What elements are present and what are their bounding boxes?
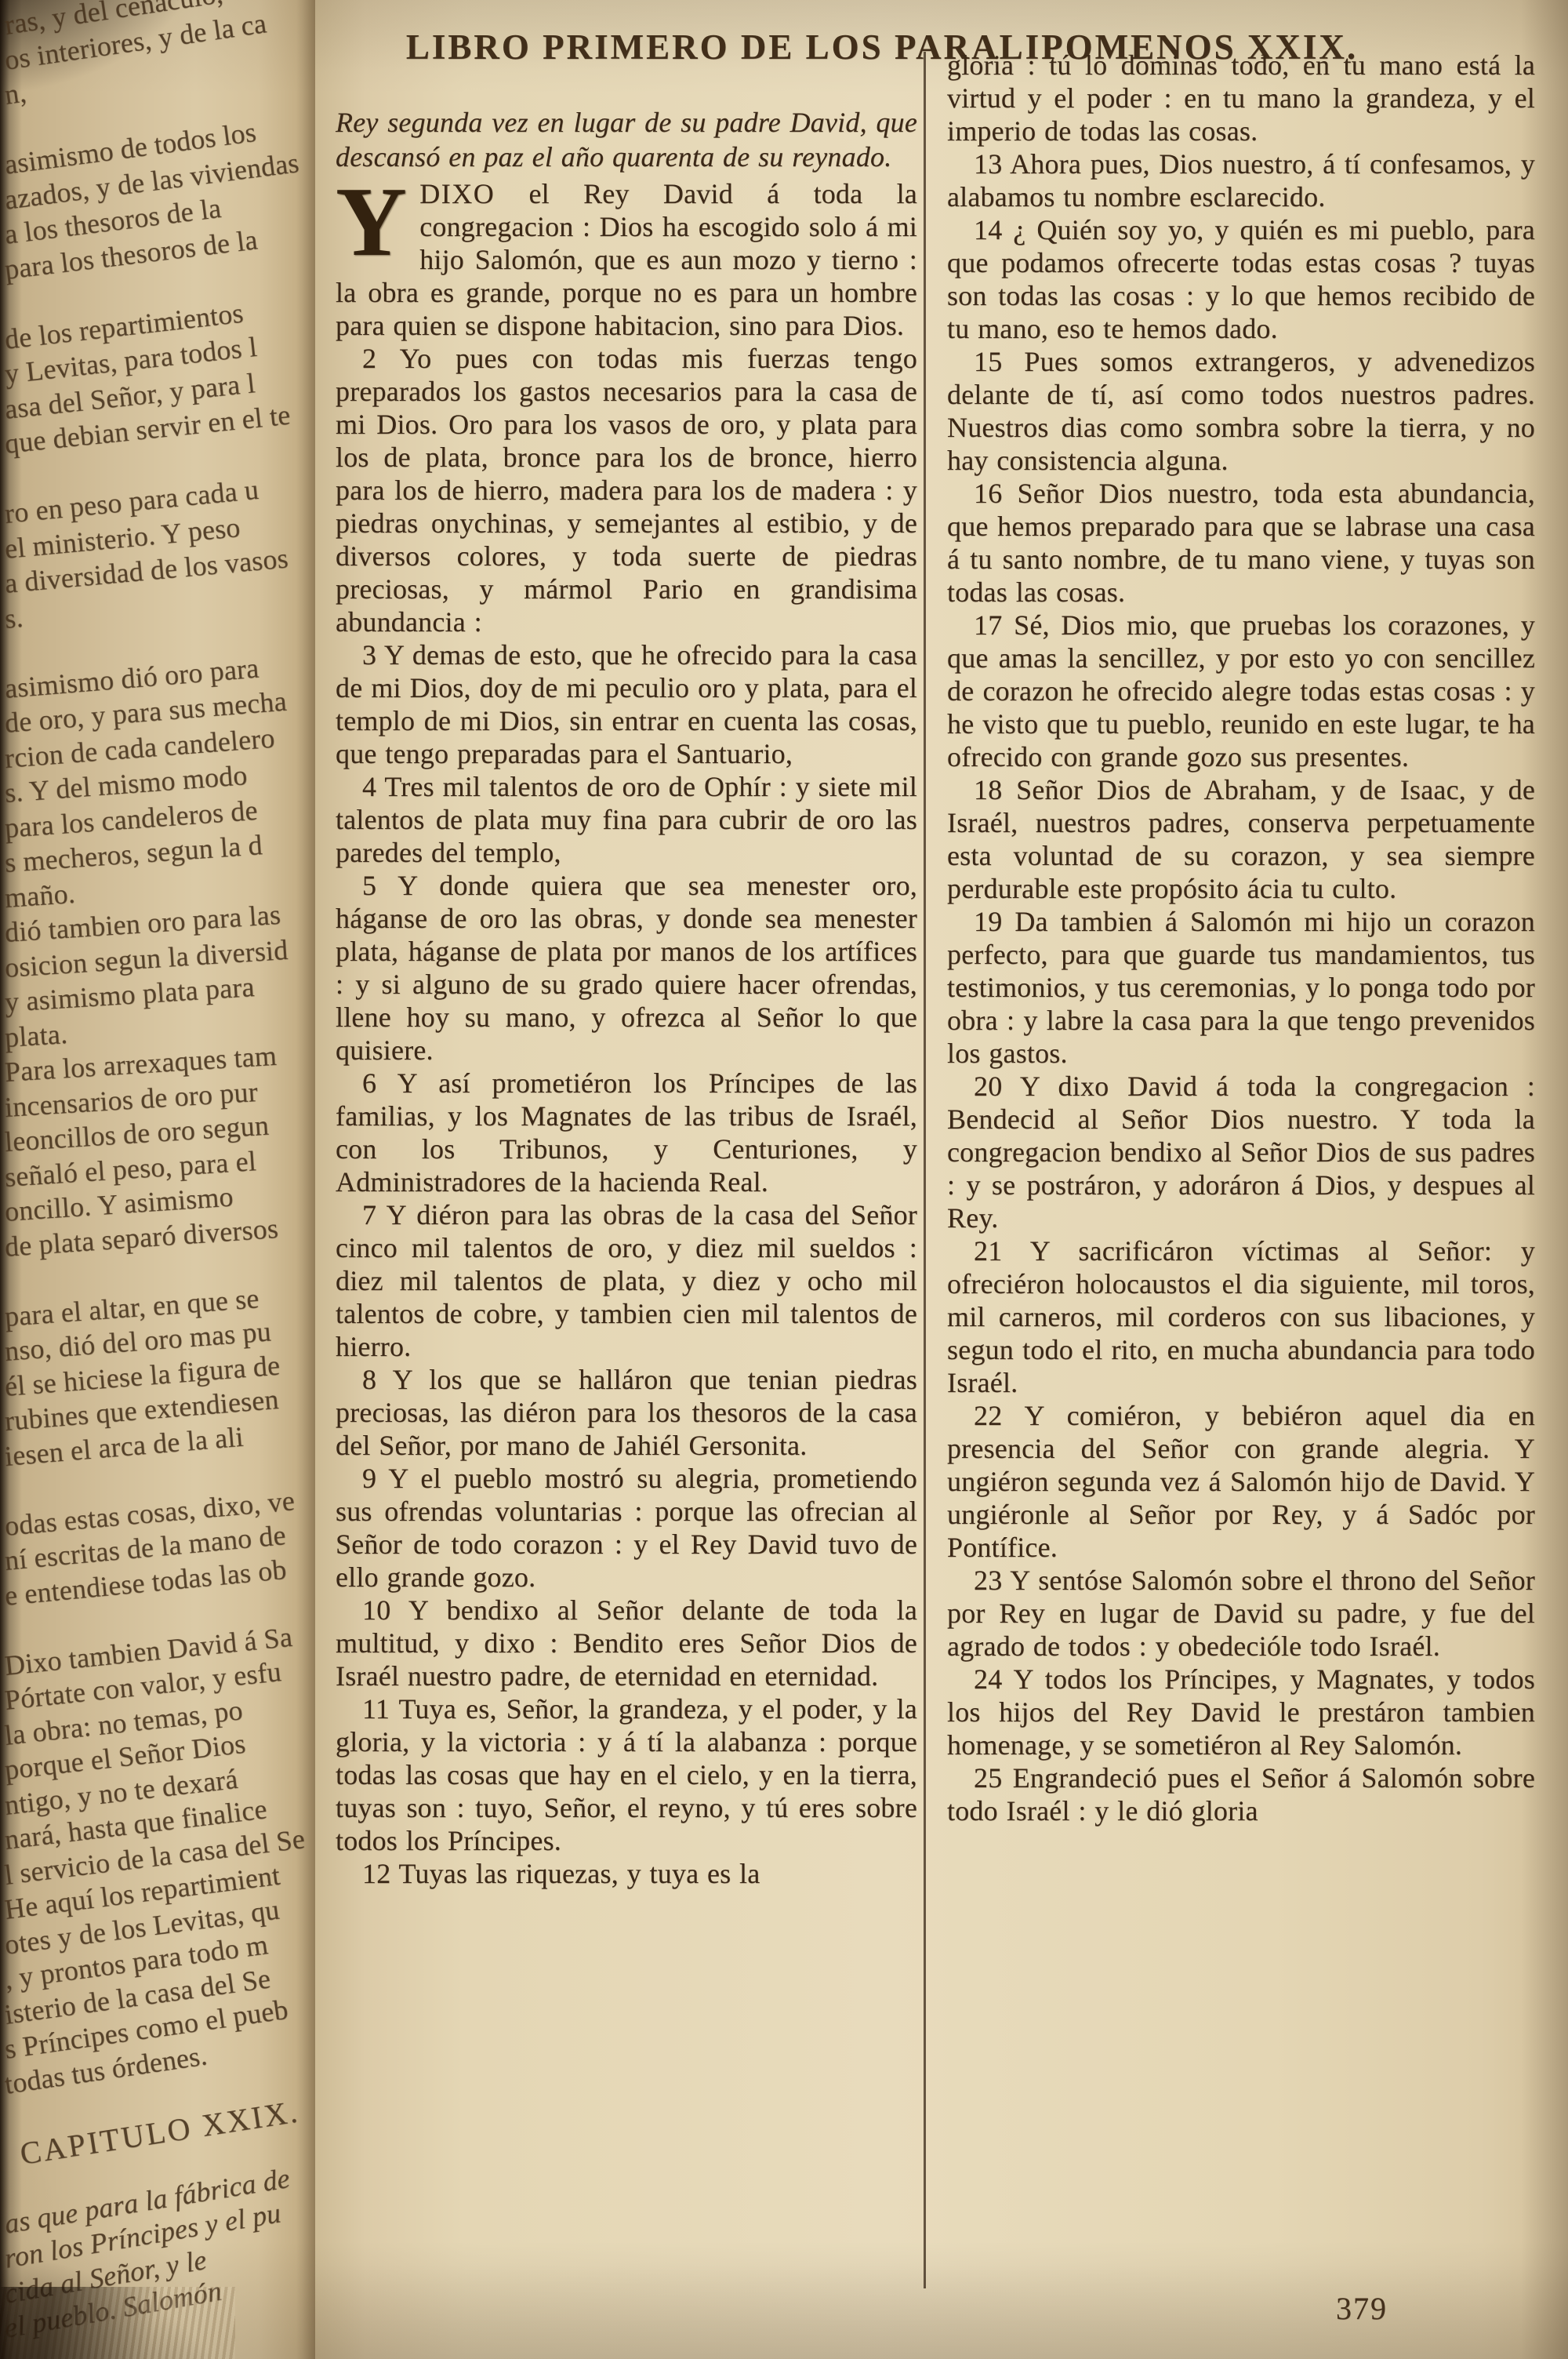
previous-page-edge: ras, y del cenáculo,os interiores, y de … [0,0,315,2359]
verse: 19 Da tambien á Salomón mi hijo un coraz… [947,905,1535,1070]
verse: 14 ¿ Quién soy yo, y quién es mi pueblo,… [947,213,1535,345]
verse: 6 Y así prometiéron los Príncipes de las… [336,1067,917,1198]
verse: 22 Y comiéron, y bebiéron aquel dia en p… [947,1399,1535,1564]
verse: 16 Señor Dios nuestro, toda esta abundan… [947,477,1535,609]
verse: 17 Sé, Dios mio, que pruebas los corazon… [947,609,1535,773]
verse: 23 Y sentóse Salomón sobre el throno del… [947,1564,1535,1663]
chapter-argument: Rey segunda vez en lugar de su padre Dav… [336,105,917,174]
verse: 25 Engrandeció pues el Señor á Salomón s… [947,1761,1535,1827]
text-column-right: gloria : tú lo dominas todo, en tu mano … [947,49,1535,1827]
page-number: 379 [1336,2290,1388,2327]
verse: 12 Tuyas las riquezas, y tuya es la [336,1857,917,1890]
verse: 18 Señor Dios de Abraham, y de Isaac, y … [947,773,1535,905]
verse: 13 Ahora pues, Dios nuestro, á tí confes… [947,147,1535,213]
book-page-scan: ras, y del cenáculo,os interiores, y de … [0,0,1568,2359]
verse: YDIXO el Rey David á toda la congregacio… [336,177,917,342]
column-divider [924,52,926,2288]
verse: 11 Tuya es, Señor, la grandeza, y el pod… [336,1692,917,1857]
verse: 8 Y los que se halláron que tenian piedr… [336,1363,917,1462]
verse: gloria : tú lo dominas todo, en tu mano … [947,49,1535,147]
verse: 24 Y todos los Príncipes, y Magnates, y … [947,1663,1535,1761]
verse: 10 Y bendixo al Señor delante de toda la… [336,1594,917,1692]
verse: 4 Tres mil talentos de oro de Ophír : y … [336,770,917,869]
verse: 7 Y diéron para las obras de la casa del… [336,1198,917,1363]
current-page: LIBRO PRIMERO DE LOS PARALIPOMENOS XXIX.… [315,0,1568,2359]
text-column-left: Rey segunda vez en lugar de su padre Dav… [336,105,917,1890]
verse-lead: DIXO [419,178,495,209]
verse: 9 Y el pueblo mostró su alegria, prometi… [336,1462,917,1594]
drop-cap: Y [336,185,407,260]
verse: 5 Y donde quiera que sea menester oro, h… [336,869,917,1067]
verse: 2 Yo pues con todas mis fuerzas tengo pr… [336,342,917,638]
verse: 20 Y dixo David á toda la congregacion :… [947,1070,1535,1234]
verse: 3 Y demas de esto, que he ofrecido para … [336,638,917,770]
verse: 21 Y sacrificáron víctimas al Señor: y o… [947,1234,1535,1399]
previous-page-text-fragment: CAPITULO XXIX. [18,2091,315,2169]
verse: 15 Pues somos extrangeros, y advenedizos… [947,345,1535,477]
verses-left: 2 Yo pues con todas mis fuerzas tengo pr… [336,342,917,1890]
